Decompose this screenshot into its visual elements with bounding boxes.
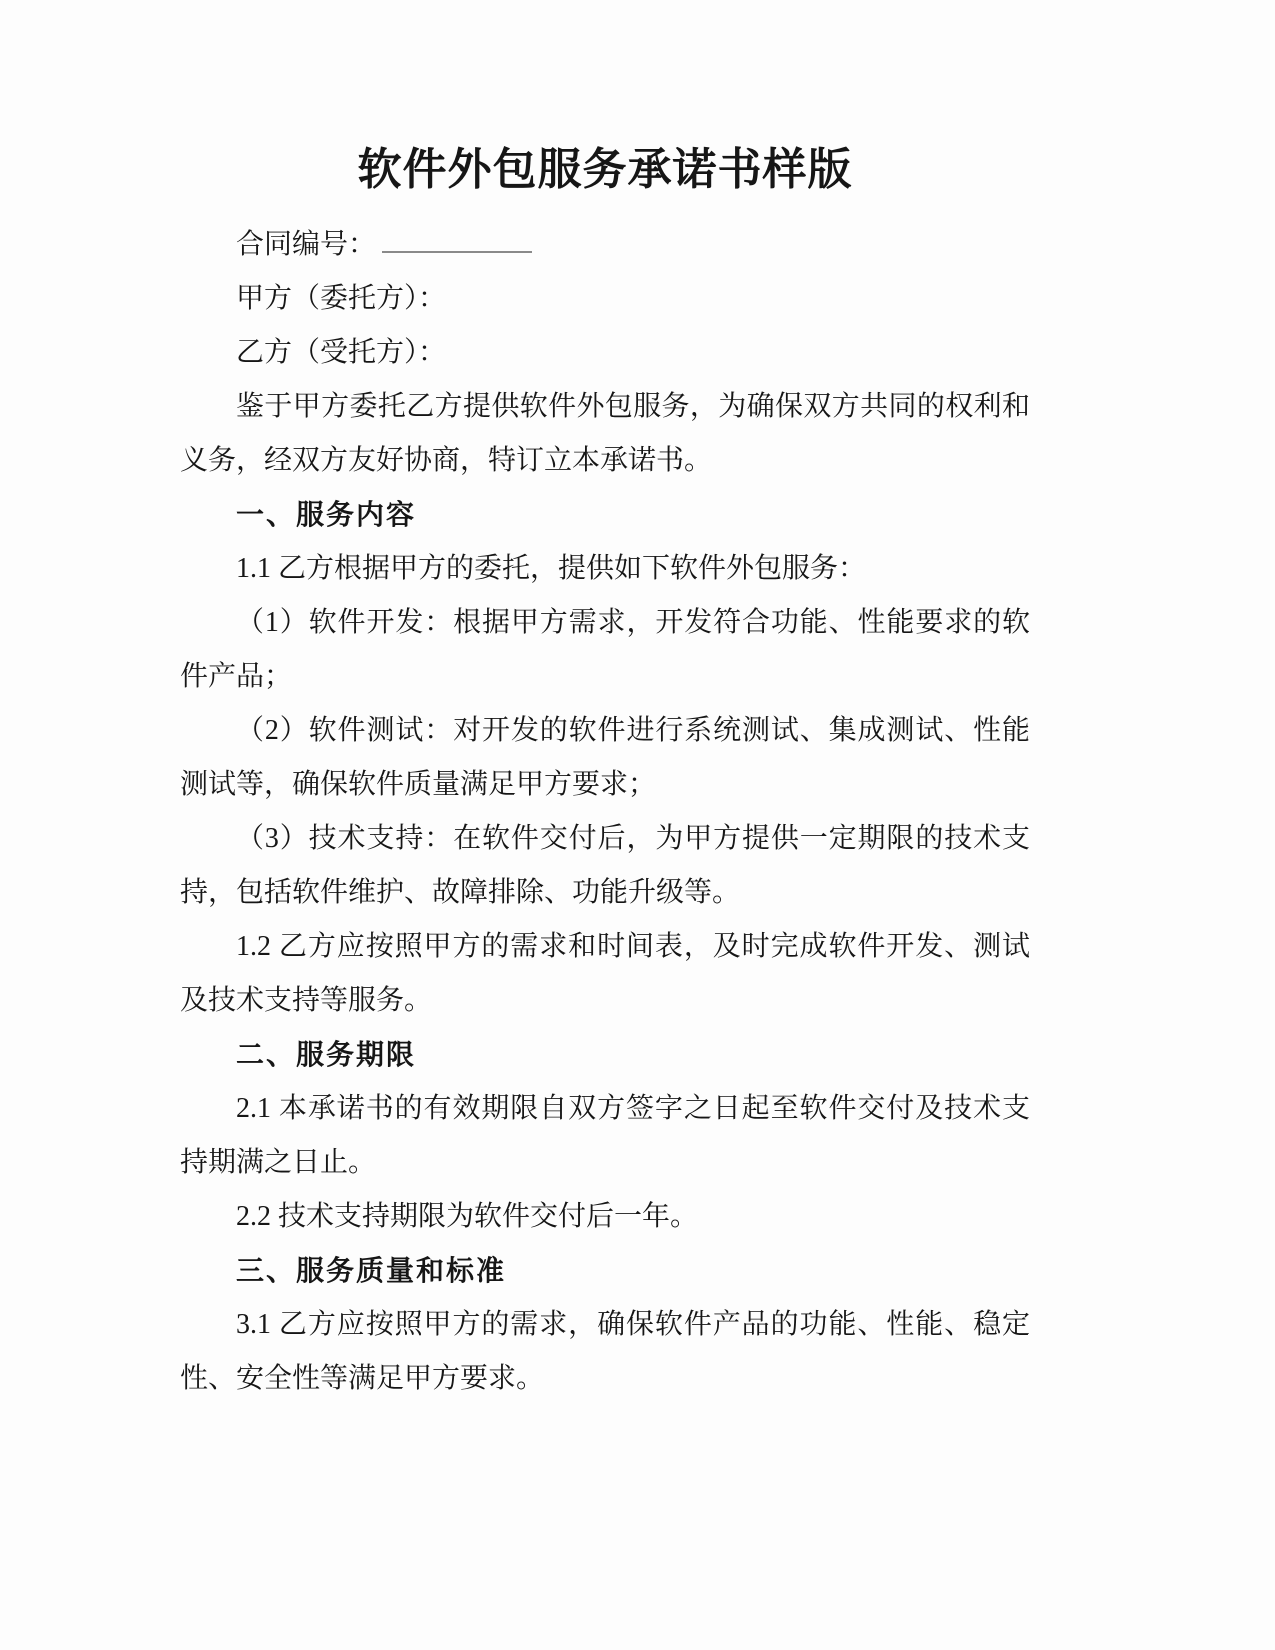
section-1-paragraph-1: 1.1 乙方根据甲方的委托，提供如下软件外包服务：: [180, 542, 1030, 596]
section-2-paragraph-2: 2.2 技术支持期限为软件交付后一年。: [180, 1190, 1030, 1244]
section-1-paragraph-4: （3）技术支持：在软件交付后，为甲方提供一定期限的技术支持，包括软件维护、故障排…: [180, 812, 1030, 920]
section-1-paragraph-3: （2）软件测试：对开发的软件进行系统测试、集成测试、性能测试等，确保软件质量满足…: [180, 704, 1030, 812]
document-title: 软件外包服务承诺书样版: [180, 137, 1030, 203]
party-b-field: 乙方（受托方）：: [180, 326, 1030, 380]
contract-number-field: 合同编号：: [180, 218, 1030, 272]
preamble-paragraph: 鉴于甲方委托乙方提供软件外包服务，为确保双方共同的权利和义务，经双方友好协商，特…: [180, 380, 1030, 488]
section-1-heading: 一、服务内容: [180, 488, 1030, 542]
section-1-paragraph-2: （1）软件开发：根据甲方需求，开发符合功能、性能要求的软件产品；: [180, 596, 1030, 704]
party-a-field: 甲方（委托方）：: [180, 272, 1030, 326]
section-3-paragraph-1: 3.1 乙方应按照甲方的需求，确保软件产品的功能、性能、稳定性、安全性等满足甲方…: [180, 1298, 1030, 1406]
contract-number-label: 合同编号：: [236, 229, 376, 260]
document-page: 软件外包服务承诺书样版 合同编号： 甲方（委托方）： 乙方（受托方）： 鉴于甲方…: [0, 0, 1275, 1650]
contract-number-blank-line: [382, 223, 532, 253]
section-3-heading: 三、服务质量和标准: [180, 1244, 1030, 1298]
section-2-paragraph-1: 2.1 本承诺书的有效期限自双方签字之日起至软件交付及技术支持期满之日止。: [180, 1082, 1030, 1190]
section-1-paragraph-5: 1.2 乙方应按照甲方的需求和时间表，及时完成软件开发、测试及技术支持等服务。: [180, 920, 1030, 1028]
section-2-heading: 二、服务期限: [180, 1028, 1030, 1082]
